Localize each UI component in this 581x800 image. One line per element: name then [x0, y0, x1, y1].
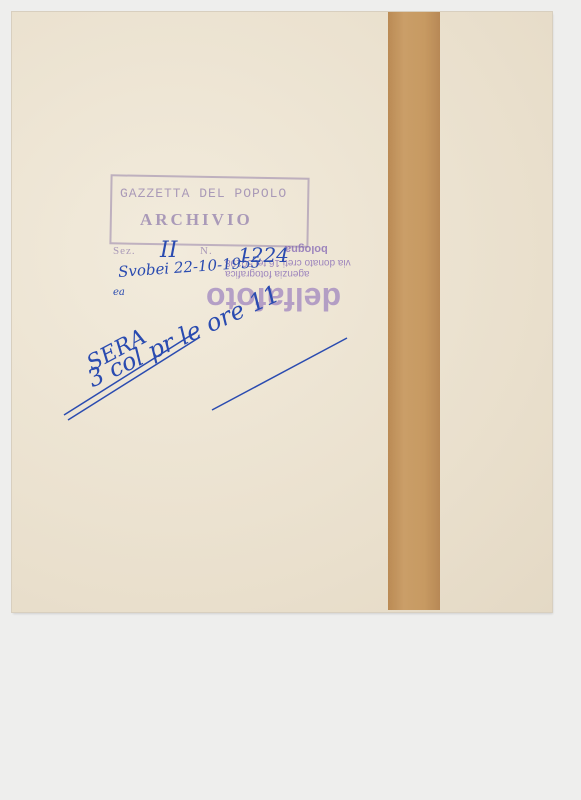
handwritten-underlines — [0, 0, 581, 800]
